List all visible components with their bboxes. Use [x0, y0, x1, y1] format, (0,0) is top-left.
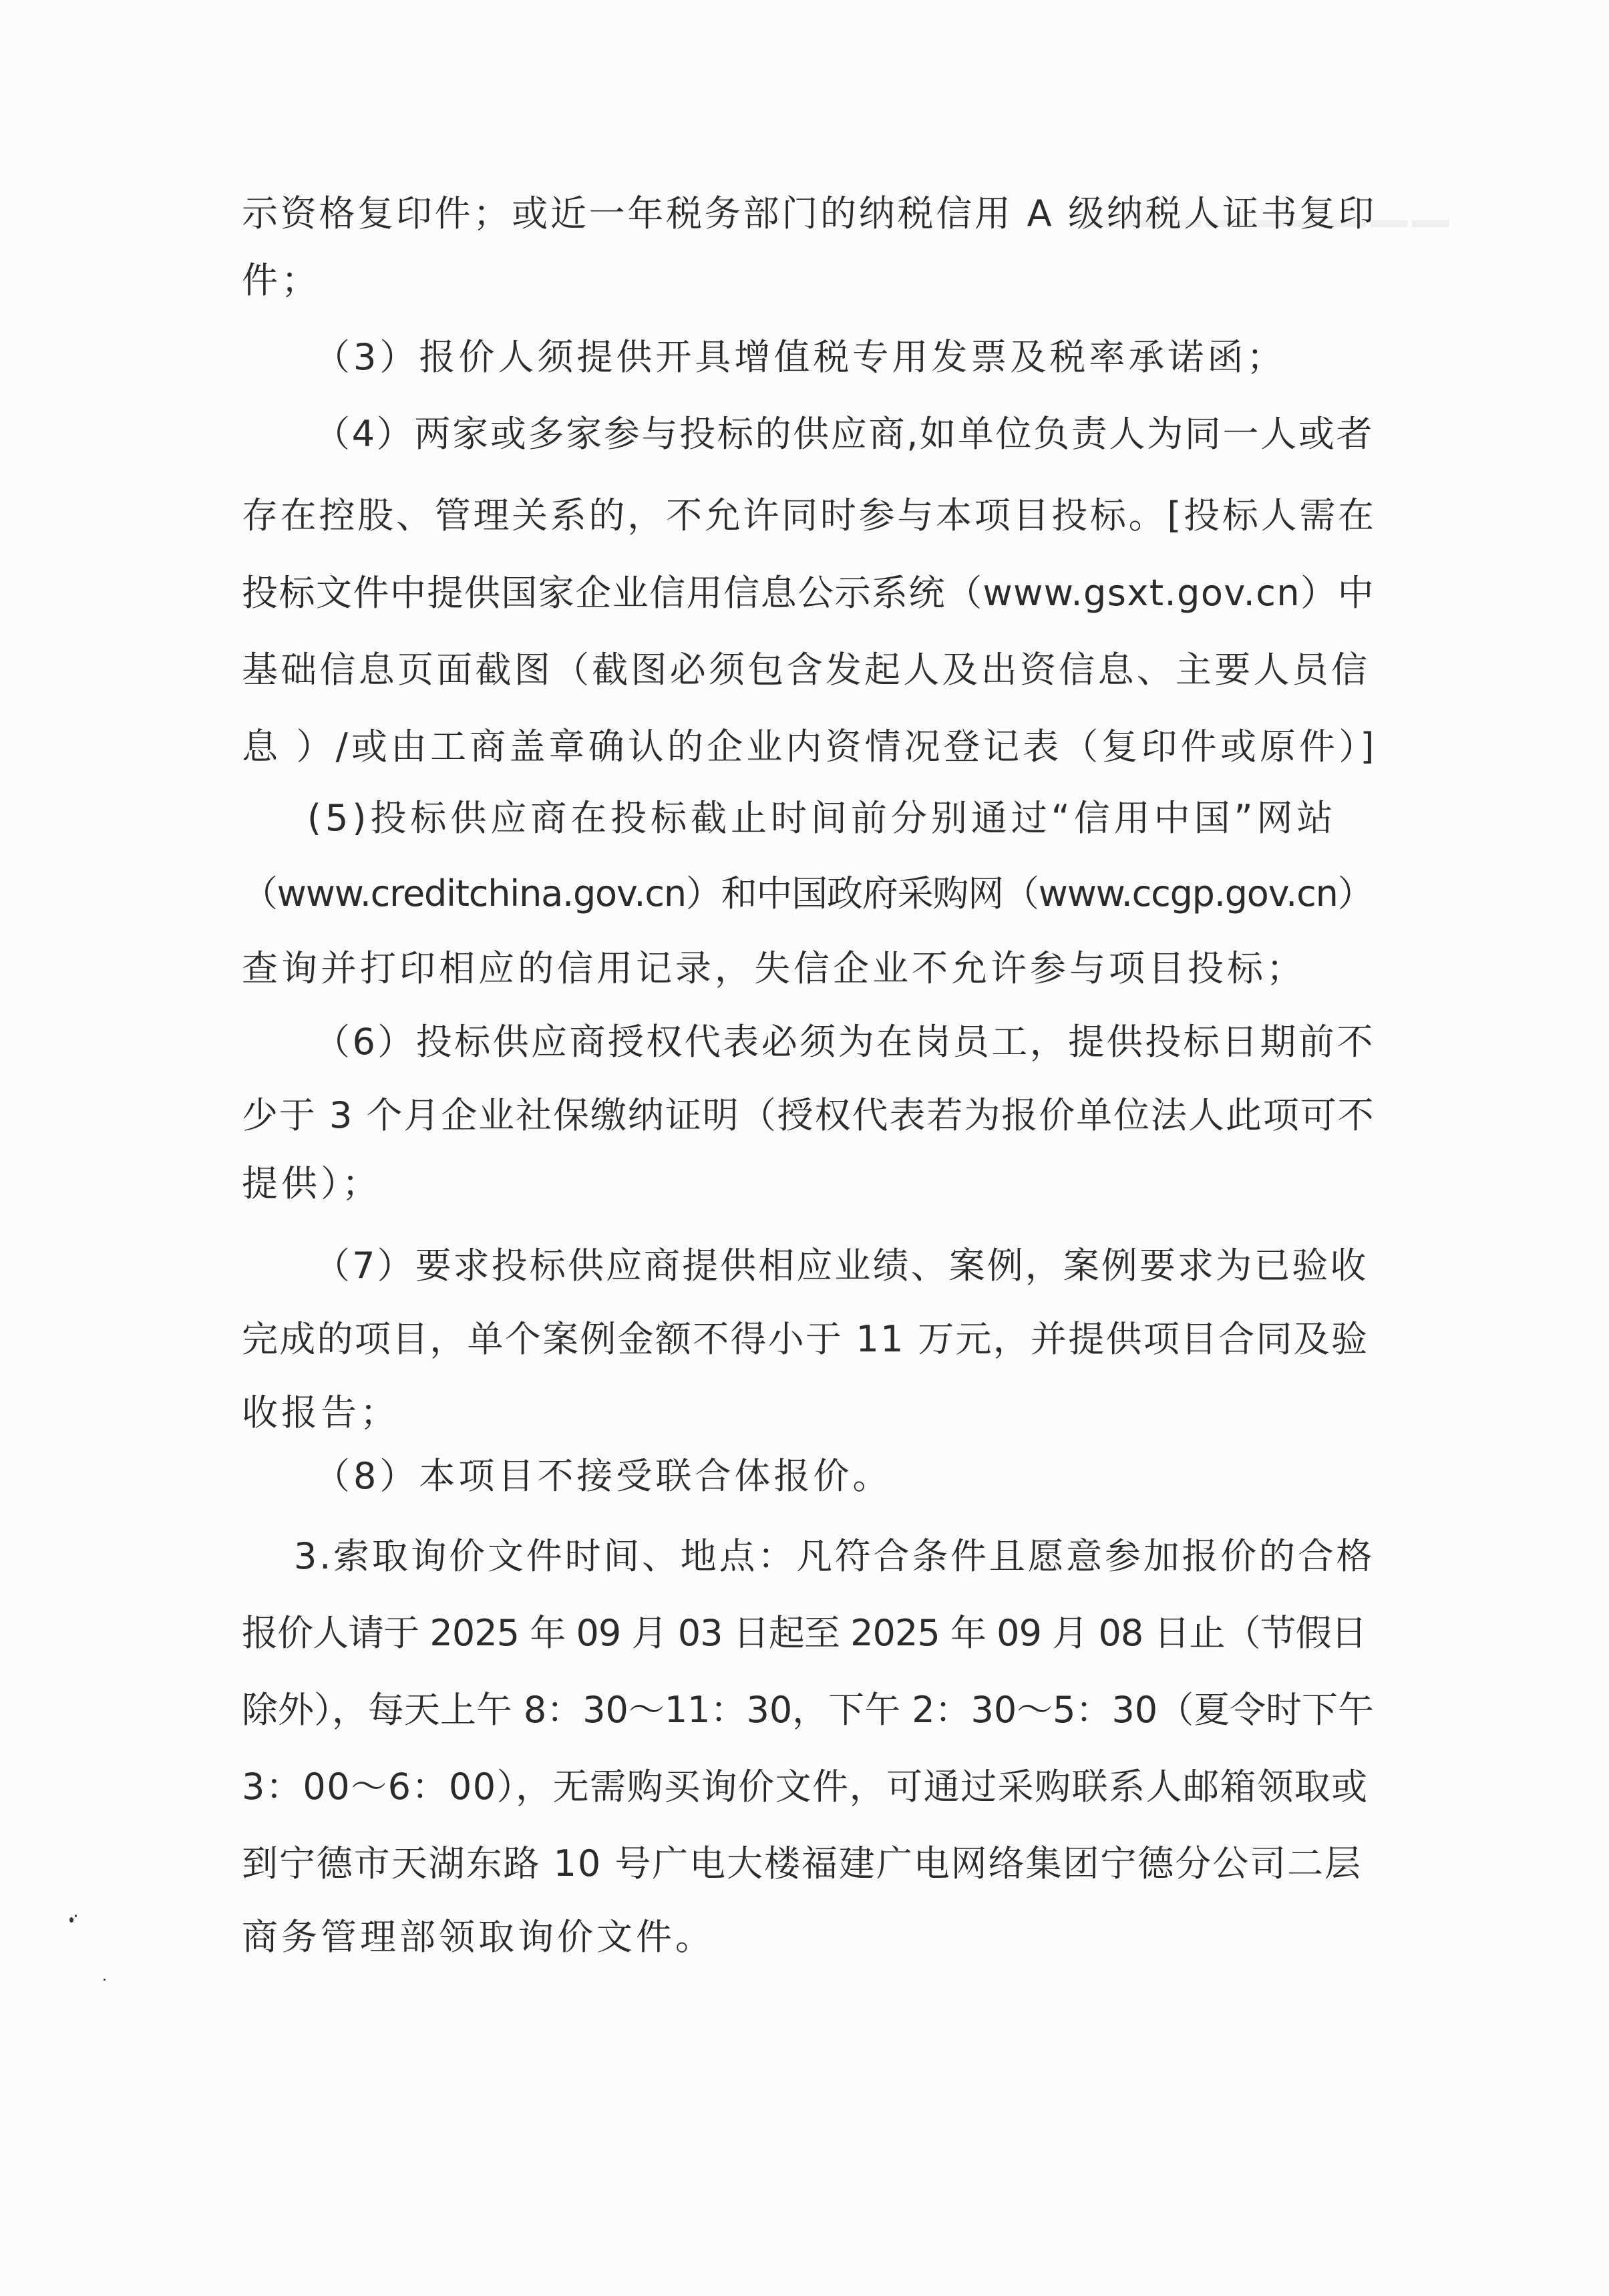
text-line: （8）本项目不接受联合体报价。 [314, 1456, 892, 1496]
text-line: 件； [242, 261, 321, 301]
text-line: （6）投标供应商授权代表必须为在岗员工，提供投标日期前不 [314, 1022, 1375, 1062]
text-line: 查询并打印相应的信用记录，失信企业不允许参与项目投标； [242, 949, 1306, 989]
text-line: （3）报价人须提供开具增值税专用发票及税率承诺函； [314, 337, 1286, 377]
text-line: （7）要求投标供应商提供相应业绩、案例，案例要求为已验收 [314, 1246, 1368, 1286]
text-line: （www.creditchina.gov.cn）和中国政府采购网（www.ccg… [242, 874, 1373, 914]
scanned-document-page: ▔▔▔▔▔▔▔▔▔ 示资格复印件；或近一年税务部门的纳税信用 A 级纳税人证书复… [0, 0, 1609, 2296]
scan-speck [104, 1979, 106, 1981]
text-line: 完成的项目，单个案例金额不得小于 11 万元，并提供项目合同及验 [242, 1319, 1369, 1359]
text-line: （4）两家或多家参与投标的供应商,如单位负责人为同一人或者 [314, 414, 1374, 454]
text-line: 收报告； [242, 1393, 399, 1433]
text-line: 3：00～6：00），无需购买询价文件，可通过采购联系人邮箱领取或 [242, 1767, 1369, 1807]
text-line: 投标文件中提供国家企业信用信息公示系统（www.gsxt.gov.cn）中 [242, 573, 1375, 613]
text-line: 除外），每天上午 8：30～11：30，下午 2：30～5：30（夏令时下午 [242, 1690, 1374, 1730]
scan-speck [69, 1917, 73, 1923]
text-line: 少于 3 个月企业社保缴纳证明（授权代表若为报价单位法人此项可不 [242, 1096, 1375, 1136]
text-line: 基础信息页面截图（截图必须包含发起人及出资信息、主要人员信 [242, 650, 1370, 690]
text-line: 到宁德市天湖东路 10 号广电大楼福建广电网络集团宁德分公司二层 [242, 1844, 1362, 1884]
text-line: (5)投标供应商在投标截止时间前分别通过“信用中国”网站 [307, 798, 1336, 838]
text-line: 3.索取询价文件时间、地点：凡符合条件且愿意参加报价的合格 [294, 1536, 1375, 1577]
text-line: 报价人请于 2025 年 09 月 03 日起至 2025 年 09 月 08 … [242, 1613, 1367, 1653]
text-line: 提供）； [242, 1164, 381, 1204]
text-line: 示资格复印件；或近一年税务部门的纳税信用 A 级纳税人证书复印 [242, 194, 1377, 234]
text-line: 息 ）/或由工商盖章确认的企业内资情况登记表（复印件或原件）] [242, 727, 1378, 767]
text-line: 存在控股、管理关系的，不允许同时参与本项目投标。[投标人需在 [242, 496, 1377, 536]
text-line: 商务管理部领取询价文件。 [242, 1917, 715, 1957]
scan-speck [75, 1915, 77, 1917]
